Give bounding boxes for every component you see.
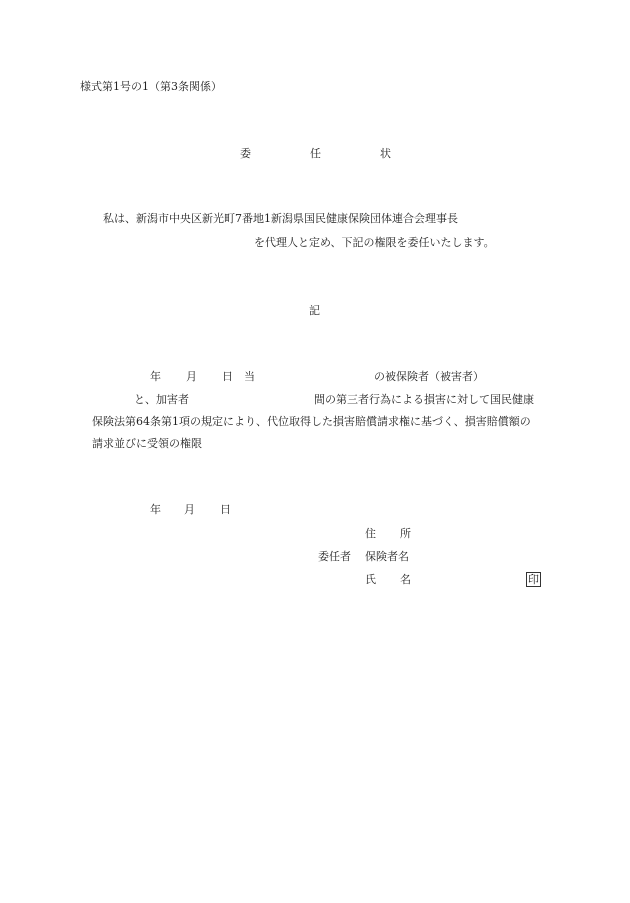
- name-label-1: 氏: [365, 573, 376, 587]
- to-kagaisha: と、加害者: [134, 393, 189, 407]
- form-number: 様式第1号の1（第3条関係）: [80, 80, 222, 94]
- sig-date-month: 月: [184, 503, 195, 517]
- title-char-3: 状: [380, 147, 391, 161]
- seal-mark-wrapper: 印: [526, 572, 541, 587]
- body-date-month: 月: [186, 370, 197, 384]
- name-label-2: 名: [400, 573, 411, 587]
- sig-date-year: 年: [150, 503, 161, 517]
- delegator-label: 委任者: [318, 550, 351, 564]
- address-label-1: 住: [365, 527, 376, 541]
- body-line-2-rest: 間の第三者行為による損害に対して国民健康: [314, 393, 534, 407]
- insurer-name-label: 保険者名: [365, 550, 409, 564]
- sig-date-day: 日: [220, 503, 231, 517]
- ki-heading: 記: [309, 304, 320, 318]
- insured-label: の被保険者（被害者）: [374, 370, 484, 384]
- seal-icon: 印: [526, 572, 541, 587]
- title-char-2: 任: [310, 147, 321, 161]
- body-line-3: 保険法第64条第1項の規定により、代位取得した損害賠償請求権に基づく、損害賠償額…: [92, 415, 531, 429]
- body-date-day: 日: [222, 370, 233, 384]
- body-line-4: 請求並びに受領の権限: [92, 437, 202, 451]
- intro-line-1: 私は、新潟市中央区新光町7番地1新潟県国民健康保険団体連合会理事長: [103, 212, 458, 226]
- address-label-2: 所: [400, 527, 411, 541]
- body-date-year: 年: [150, 370, 161, 384]
- title-char-1: 委: [240, 147, 251, 161]
- intro-line-2: を代理人と定め、下記の権限を委任いたします。: [254, 236, 495, 250]
- body-touji: 当: [244, 370, 255, 384]
